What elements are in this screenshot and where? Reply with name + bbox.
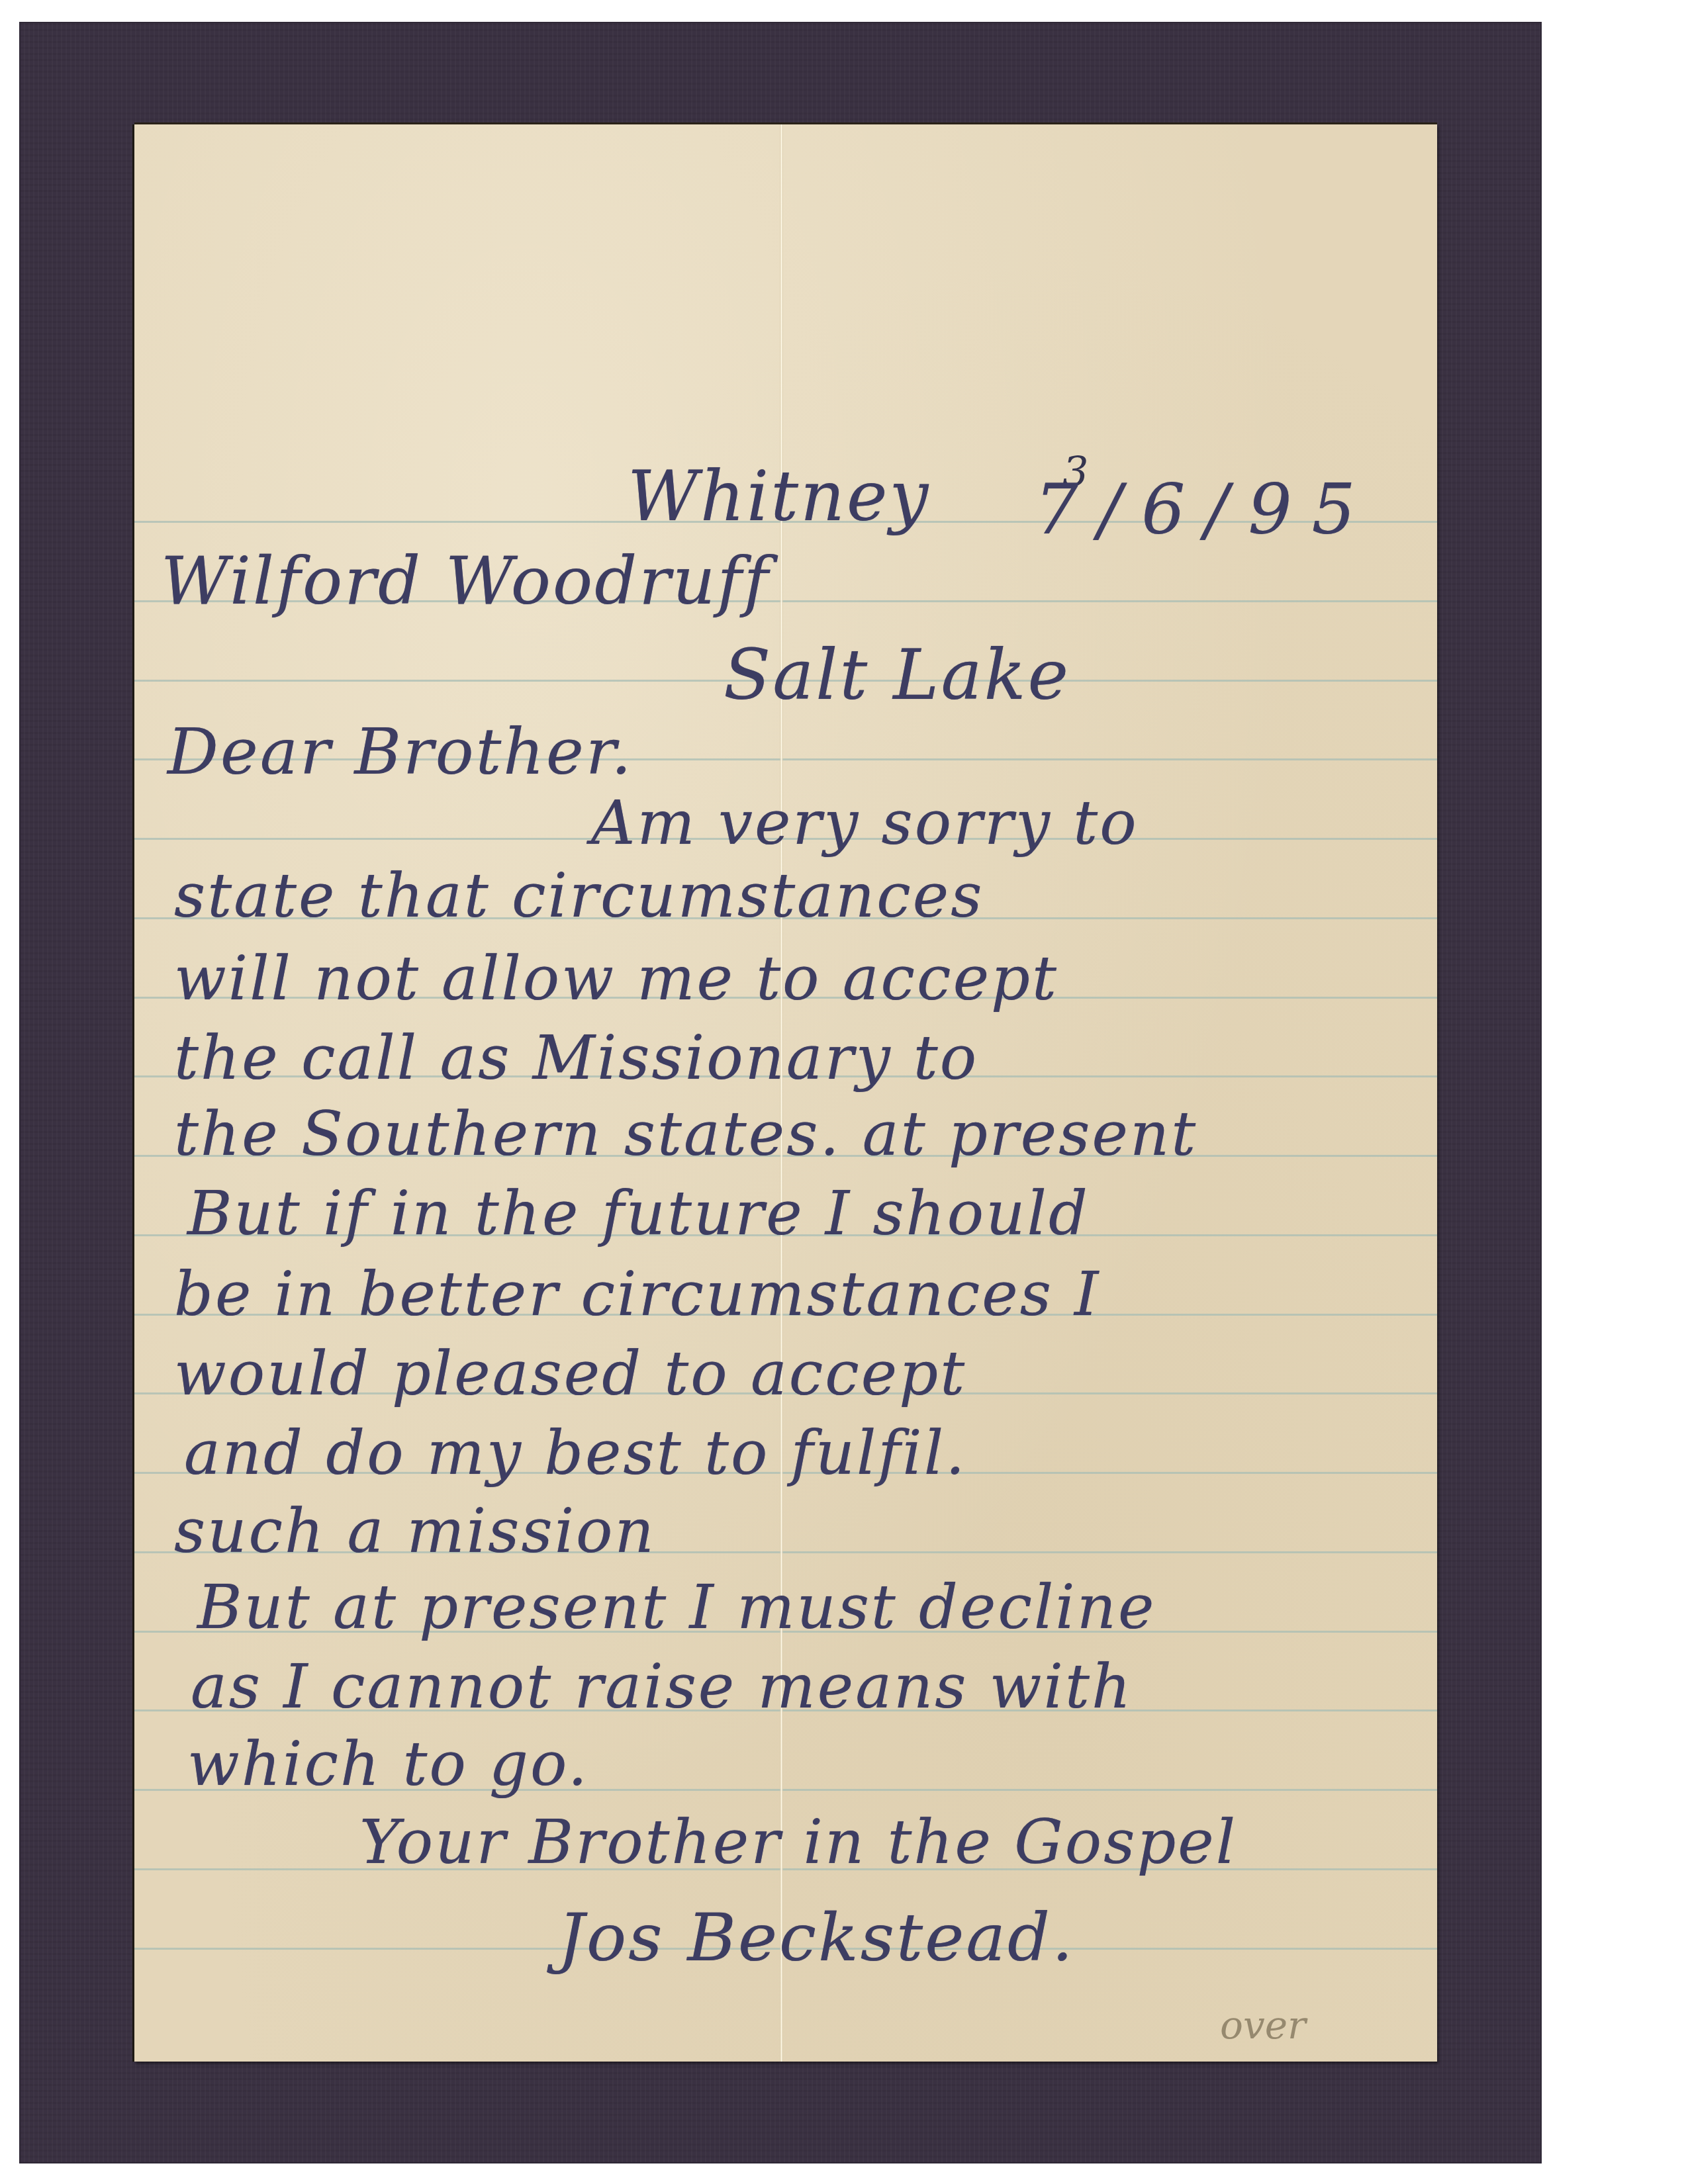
body-line: Am very sorry to <box>591 793 1139 854</box>
body-line: But at present I must decline <box>197 1577 1156 1638</box>
body-line: the call as Missionary to <box>174 1028 978 1089</box>
margin-note-over: over <box>1220 2003 1306 2048</box>
signature: Jos Beckstead. <box>558 1905 1075 1971</box>
closing: Your Brother in the Gospel <box>359 1812 1237 1873</box>
body-line: will not allow me to accept <box>174 948 1058 1009</box>
letter-sheet: Whitney 3 7/6/95 Wilford Woodruff Salt L… <box>134 124 1437 2062</box>
letter-date: 7/6/95 <box>1035 475 1376 544</box>
body-line: would pleased to accept <box>174 1343 966 1404</box>
body-line: state that circumstances <box>174 866 984 927</box>
body-line: and do my best to fulfil. <box>184 1423 966 1484</box>
recipient-city: Salt Lake <box>724 641 1070 709</box>
body-line: the Southern states. at present <box>174 1104 1197 1165</box>
body-line: But if in the future I should <box>187 1183 1090 1244</box>
body-line: be in better circumstances I <box>174 1264 1100 1325</box>
letter-place: Whitney <box>628 462 930 531</box>
recipient-name: Wilford Woodruff <box>161 548 770 614</box>
salutation: Dear Brother. <box>167 720 633 784</box>
body-line: such a mission <box>174 1501 656 1562</box>
body-line: as I cannot raise means with <box>191 1657 1133 1717</box>
body-line: which to go. <box>187 1734 589 1795</box>
